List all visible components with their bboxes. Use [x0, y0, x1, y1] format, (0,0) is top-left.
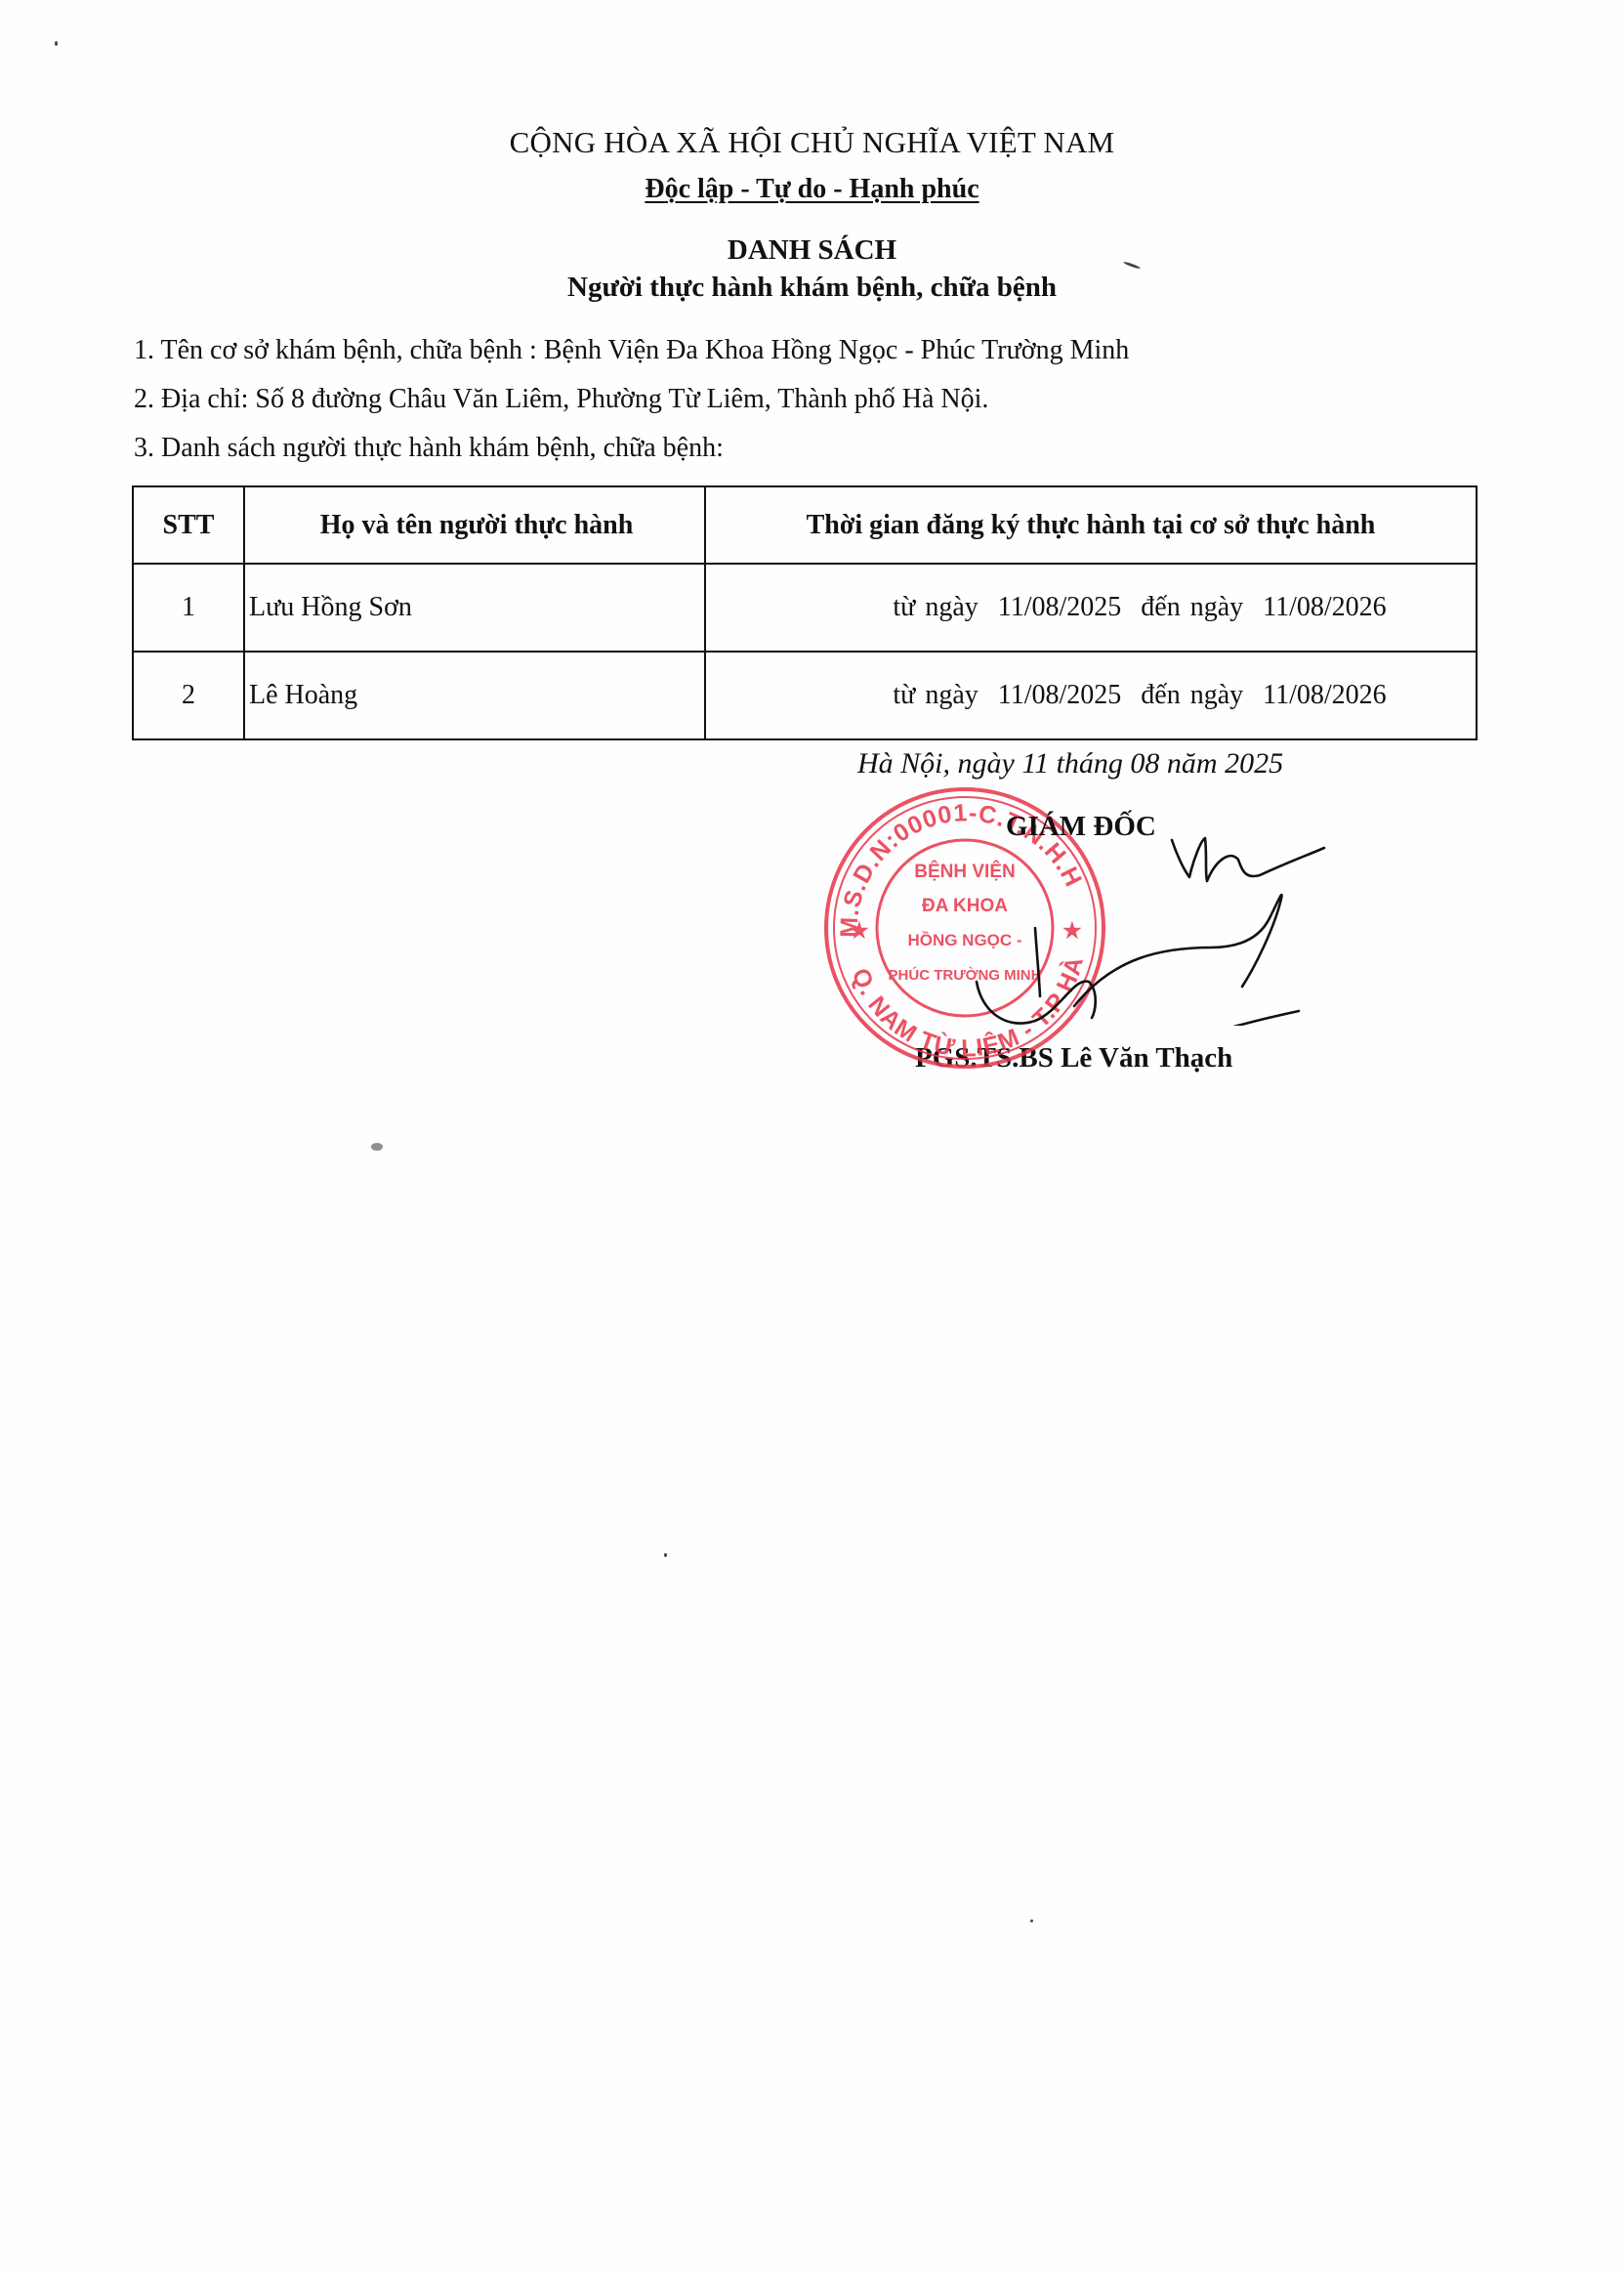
scan-mark — [1030, 1919, 1033, 1922]
table-row: 1 Lưu Hồng Sơn từ ngày 11/08/2025 đến ng… — [133, 564, 1477, 652]
national-title: CỘNG HÒA XÃ HỘI CHỦ NGHĨA VIỆT NAM — [0, 125, 1624, 160]
header-stt: STT — [133, 486, 244, 564]
document-subtitle: Người thực hành khám bệnh, chữa bệnh — [0, 272, 1624, 304]
facility-address-line: 2. Địa chỉ: Số 8 đường Châu Văn Liêm, Ph… — [134, 384, 988, 415]
place-date: Hà Nội, ngày 11 tháng 08 năm 2025 — [857, 747, 1283, 780]
table-header-row: STT Họ và tên người thực hành Thời gian … — [133, 486, 1477, 564]
row-stt: 2 — [133, 652, 244, 739]
national-motto: Độc lập - Tự do - Hạnh phúc — [0, 174, 1624, 205]
scan-mark — [664, 1553, 667, 1557]
handwritten-signature — [879, 801, 1328, 1026]
row-stt: 1 — [133, 564, 244, 652]
scan-mark — [55, 41, 58, 46]
document-title: DANH SÁCH — [0, 234, 1624, 267]
row-period: từ ngày 11/08/2025 đến ngày 11/08/2026 — [705, 652, 1477, 739]
scan-mark — [371, 1143, 383, 1151]
motto-text: Độc lập - Tự do - Hạnh phúc — [645, 174, 979, 204]
star-icon: ★ — [850, 918, 869, 943]
practitioner-list-heading: 3. Danh sách người thực hành khám bệnh, … — [134, 433, 724, 464]
table-row: 2 Lê Hoàng từ ngày 11/08/2025 đến ngày 1… — [133, 652, 1477, 739]
header-period: Thời gian đăng ký thực hành tại cơ sở th… — [705, 486, 1477, 564]
header-name: Họ và tên người thực hành — [244, 486, 705, 564]
row-period: từ ngày 11/08/2025 đến ngày 11/08/2026 — [705, 564, 1477, 652]
facility-name-line: 1. Tên cơ sở khám bệnh, chữa bệnh : Bệnh… — [134, 335, 1129, 366]
row-name: Lê Hoàng — [244, 652, 705, 739]
practitioner-table: STT Họ và tên người thực hành Thời gian … — [132, 485, 1478, 740]
row-name: Lưu Hồng Sơn — [244, 564, 705, 652]
